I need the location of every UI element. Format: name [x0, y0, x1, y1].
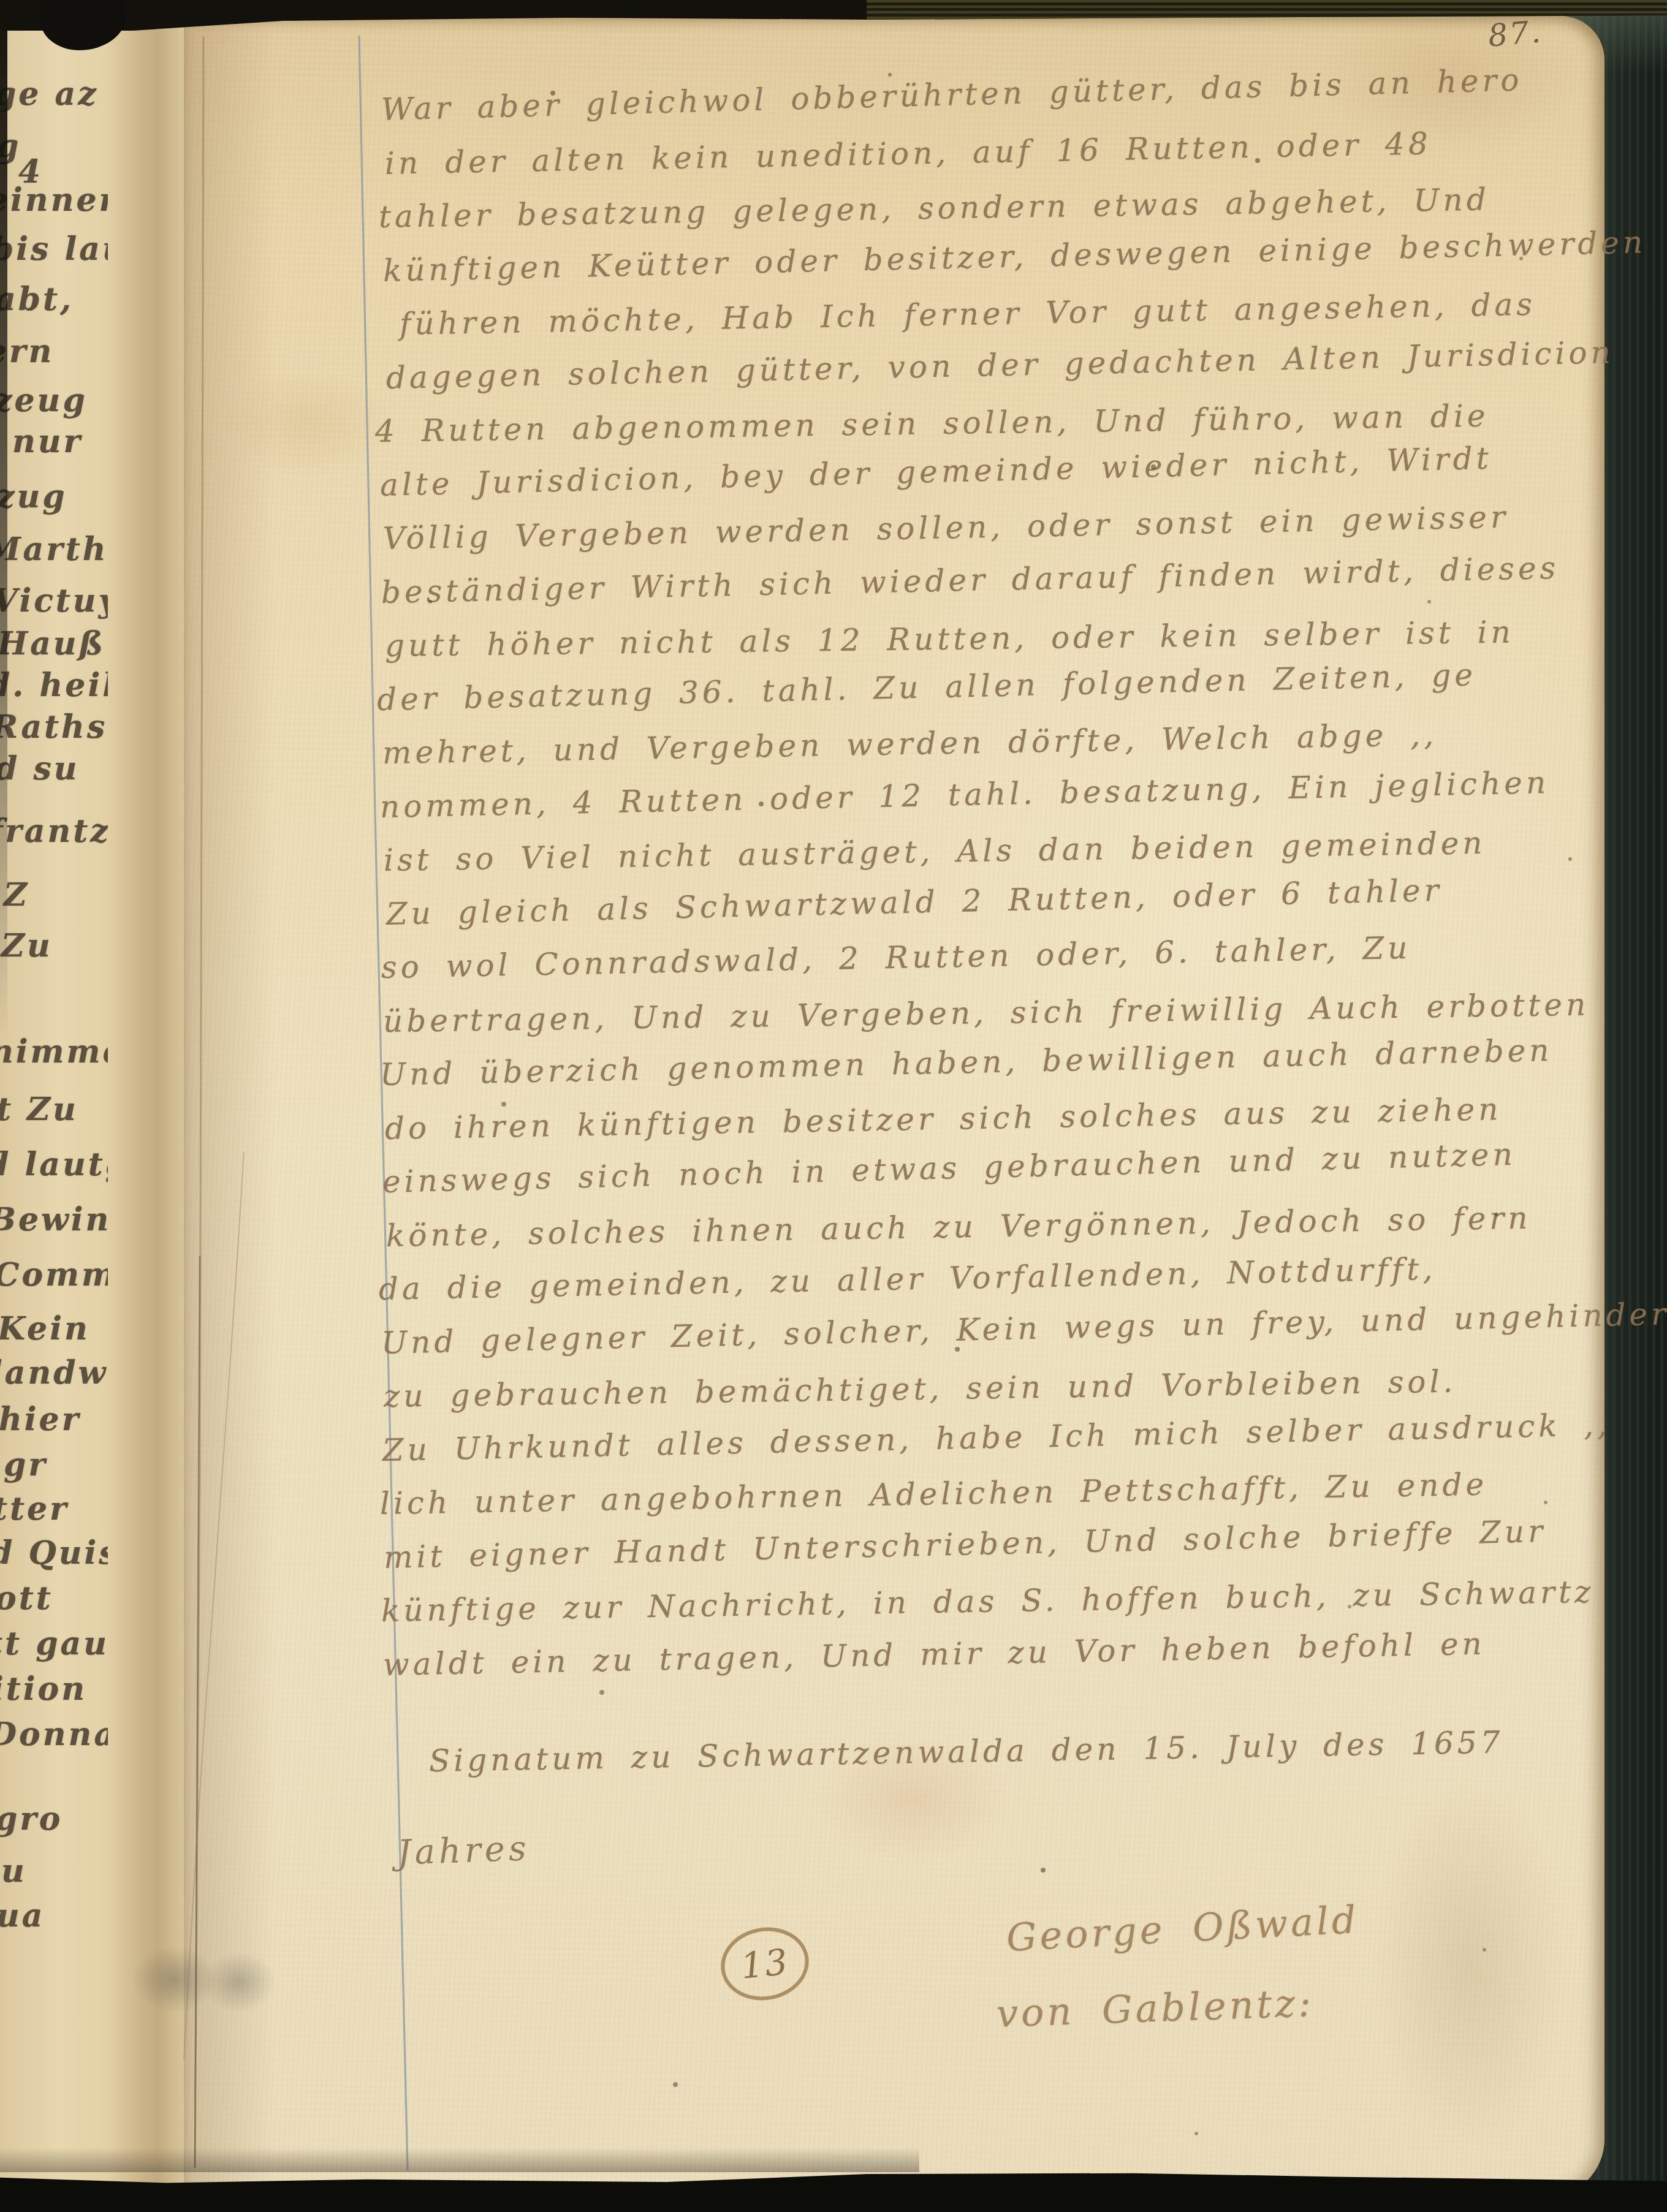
paper-crease	[184, 1152, 244, 2059]
leaf-number: 13	[739, 1941, 791, 1987]
bottom-edge-shadow	[0, 2148, 919, 2172]
manuscript-scan: ge azg4einnerbis lauabt,ernzeugnurzugMar…	[0, 0, 1667, 2212]
page-number: 87.	[1487, 13, 1544, 53]
page-fold-seam-lower	[195, 1256, 200, 2168]
left-edge-shadow	[0, 0, 7, 1042]
jahres-word: Jahres	[397, 1828, 531, 1873]
